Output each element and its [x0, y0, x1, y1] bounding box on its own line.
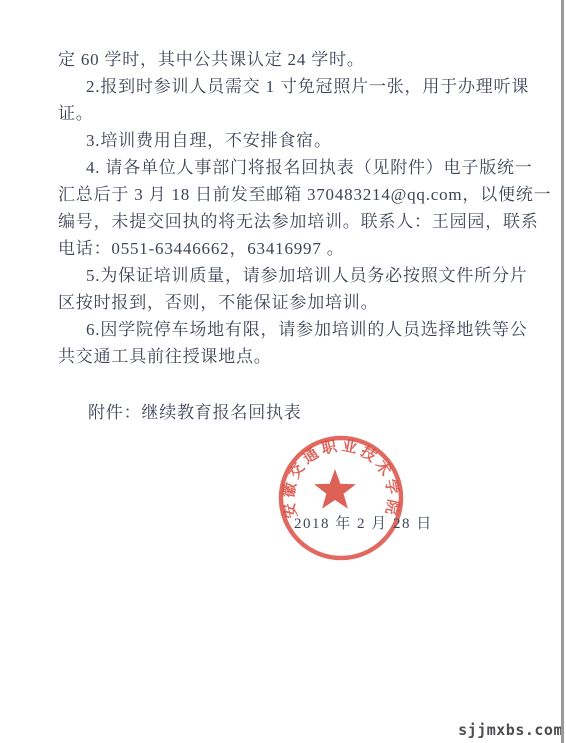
doc-line: 定 60 学时，其中公共课认定 24 学时。 [58, 46, 508, 73]
doc-line: 3.培训费用自理，不安排食宿。 [58, 127, 508, 154]
window-right-edge-line [561, 0, 564, 743]
doc-line: 共交通工具前往授课地点。 [58, 343, 508, 370]
document-date: 2018 年 2 月 28 日 [294, 512, 433, 533]
attachment-line: 附件：继续教育报名回执表 [58, 399, 508, 426]
document-text-body: 定 60 学时，其中公共课认定 24 学时。 2.报到时参训人员需交 1 寸免冠… [58, 46, 508, 426]
doc-line: 电话：0551-63446662，63416997 。 [58, 235, 508, 262]
seal-organization-text: 安徽交通职业技术学院 [279, 437, 402, 519]
doc-line: 6.因学院停车场地有限，请参加培训的人员选择地铁等公 [58, 316, 508, 343]
watermark-text: sjjmxbs.com [458, 721, 563, 739]
doc-line: 编号，未提交回执的将无法参加培训。联系人：王园园，联系 [58, 208, 508, 235]
official-seal-stamp: 安徽交通职业技术学院 [276, 434, 406, 564]
doc-line: 汇总后于 3 月 18 日前发至邮箱 370483214@qq.com，以便统一 [58, 181, 508, 208]
star-icon [314, 469, 356, 509]
doc-line: 4. 请各单位人事部门将报名回执表（见附件）电子版统一 [58, 154, 508, 181]
doc-line: 5.为保证培训质量，请参加培训人员务必按照文件所分片 [58, 262, 508, 289]
doc-line: 2.报到时参训人员需交 1 寸免冠照片一张，用于办理听课 [58, 73, 508, 100]
doc-line: 区按时报到，否则，不能保证参加培训。 [58, 289, 508, 316]
doc-line: 证。 [58, 100, 508, 127]
document-page: 定 60 学时，其中公共课认定 24 学时。 2.报到时参训人员需交 1 寸免冠… [0, 0, 566, 743]
